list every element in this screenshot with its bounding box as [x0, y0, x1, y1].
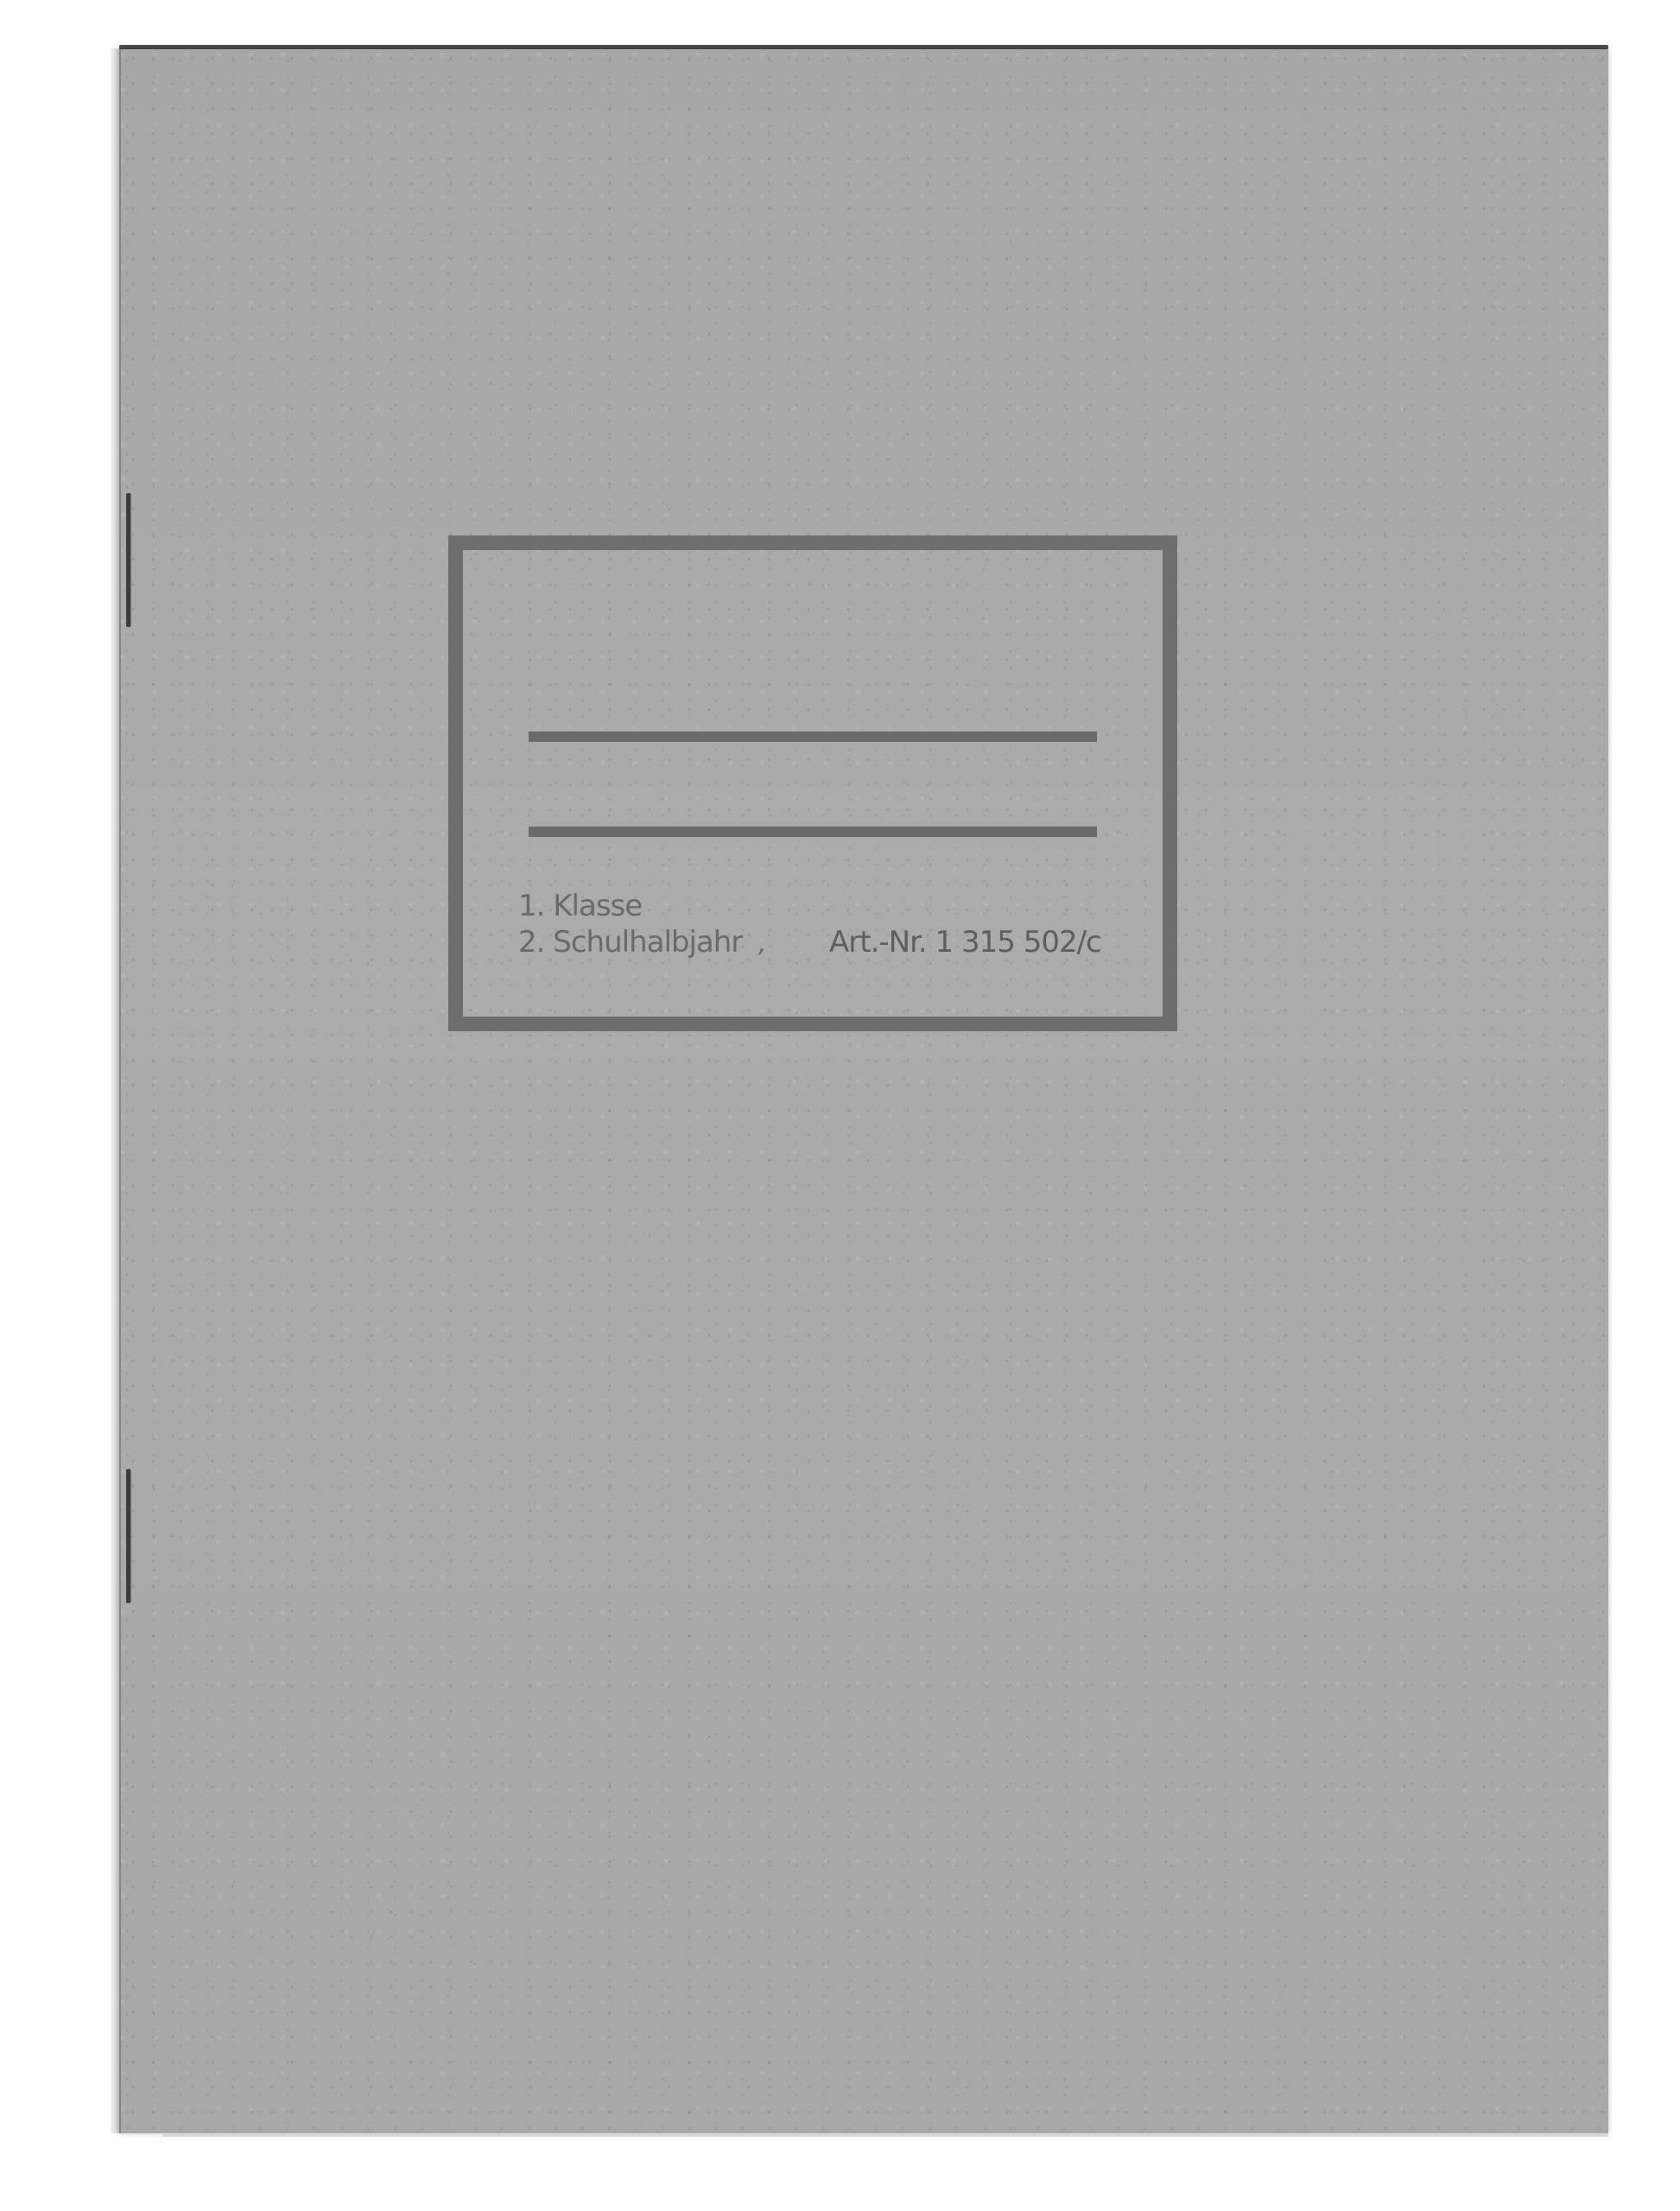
inner-pages-edge	[162, 2133, 1608, 2137]
separator-mark: ,	[758, 928, 767, 959]
name-write-line	[529, 827, 1097, 837]
booklet-cover: 1. Klasse 2. Schulhalbjahr , Art.-Nr. 1 …	[119, 48, 1608, 2133]
grade-text: 1. Klasse	[518, 889, 642, 923]
staple-icon	[126, 1469, 130, 1603]
cover-top-edge	[119, 45, 1608, 49]
article-number: Art.-Nr. 1 315 502/c	[829, 925, 1101, 960]
name-write-line	[529, 732, 1097, 742]
staple-icon	[126, 493, 130, 627]
spine	[111, 48, 121, 2133]
term-text: 2. Schulhalbjahr	[518, 925, 742, 960]
name-label-box: 1. Klasse 2. Schulhalbjahr , Art.-Nr. 1 …	[448, 535, 1177, 1031]
